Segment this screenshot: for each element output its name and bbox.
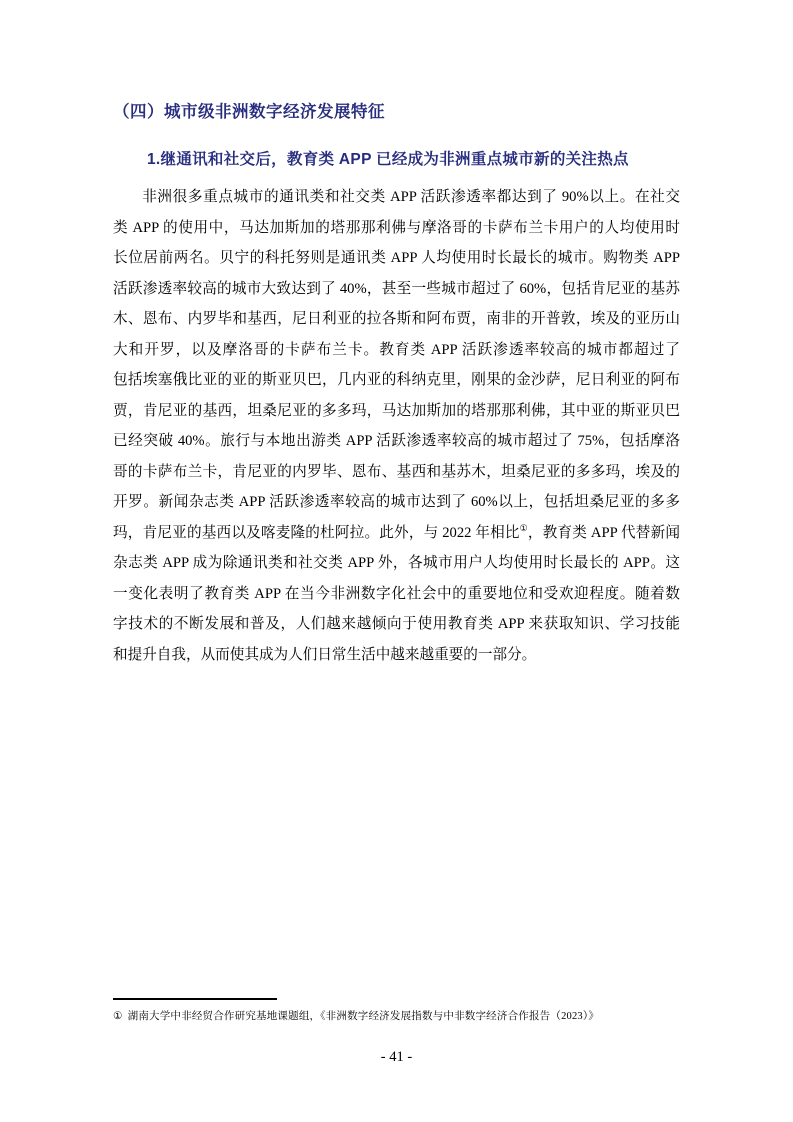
paragraph-line: 包括埃塞俄比亚的亚的斯亚贝巴，几内亚的科纳克里，刚果的金沙萨，尼日利亚的阿布 (113, 365, 680, 396)
body-paragraph: 非洲很多重点城市的通讯类和社交类 APP 活跃渗透率都达到了 90%以上。在社交… (113, 182, 680, 670)
footnote-text: 湖南大学中非经贸合作研究基地课题组，《非洲数字经济发展指数与中非数字经济合作报告… (128, 1011, 599, 1022)
paragraph-line: 哥的卡萨布兰卡，肯尼亚的内罗毕、恩布、基西和基苏木，坦桑尼亚的多多玛，埃及的 (113, 457, 680, 488)
footnote-marker: ① (113, 1011, 123, 1022)
paragraph-line: 和提升自我，从而使其成为人们日常生活中越来越重要的一部分。 (113, 640, 680, 671)
paragraph-line: 一变化表明了教育类 APP 在当今非洲数字化社会中的重要地位和受欢迎程度。随着数 (113, 579, 680, 610)
document-page: （四）城市级非洲数字经济发展特征 1.继通讯和社交后，教育类 APP 已经成为非… (0, 0, 793, 1122)
paragraph-line: 木、恩布、内罗毕和基西，尼日利亚的拉各斯和阿布贾，南非的开普敦，埃及的亚历山 (113, 304, 680, 335)
paragraph-line: 开罗。新闻杂志类 APP 活跃渗透率较高的城市达到了 60%以上，包括坦桑尼亚的… (113, 487, 680, 518)
paragraph-line: 贾，肯尼亚的基西，坦桑尼亚的多多玛，马达加斯加的塔那那利佛，其中亚的斯亚贝巴 (113, 396, 680, 427)
section-heading: （四）城市级非洲数字经济发展特征 (113, 0, 680, 124)
paragraph-line: 非洲很多重点城市的通讯类和社交类 APP 活跃渗透率都达到了 90%以上。在社交 (113, 182, 680, 213)
paragraph-line: 已经突破 40%。旅行与本地出游类 APP 活跃渗透率较高的城市超过了 75%，… (113, 426, 680, 457)
footnote-separator-rule (113, 998, 277, 1000)
paragraph-line: 类 APP 的使用中，马达加斯加的塔那那利佛与摩洛哥的卡萨布兰卡用户的人均使用时 (113, 213, 680, 244)
footnote-area: ①湖南大学中非经贸合作研究基地课题组，《非洲数字经济发展指数与中非数字经济合作报… (113, 998, 680, 1025)
paragraph-line: 活跃渗透率较高的城市大致达到了 40%，甚至一些城市超过了 60%，包括肯尼亚的… (113, 274, 680, 305)
footnote-ref-superscript: ① (520, 523, 528, 533)
footnote: ①湖南大学中非经贸合作研究基地课题组，《非洲数字经济发展指数与中非数字经济合作报… (113, 1009, 680, 1025)
paragraph-line: 字技术的不断发展和普及，人们越来越倾向于使用教育类 APP 来获取知识、学习技能 (113, 609, 680, 640)
paragraph-line: 大和开罗，以及摩洛哥的卡萨布兰卡。教育类 APP 活跃渗透率较高的城市都超过了 … (113, 335, 680, 366)
page-content: （四）城市级非洲数字经济发展特征 1.继通讯和社交后，教育类 APP 已经成为非… (113, 0, 680, 670)
paragraph-line: 长位居前两名。贝宁的科托努则是通讯类 APP 人均使用时长最长的城市。购物类 A… (113, 243, 680, 274)
paragraph-line: 杂志类 APP 成为除通讯类和社交类 APP 外，各城市用户人均使用时长最长的 … (113, 548, 680, 579)
page-number: - 41 - (0, 1047, 793, 1067)
paragraph-line: 玛，肯尼亚的基西以及喀麦隆的杜阿拉。此外，与 2022 年相比①，教育类 APP… (113, 518, 680, 549)
subsection-heading: 1.继通讯和社交后，教育类 APP 已经成为非洲重点城市新的关注热点 (147, 149, 680, 170)
